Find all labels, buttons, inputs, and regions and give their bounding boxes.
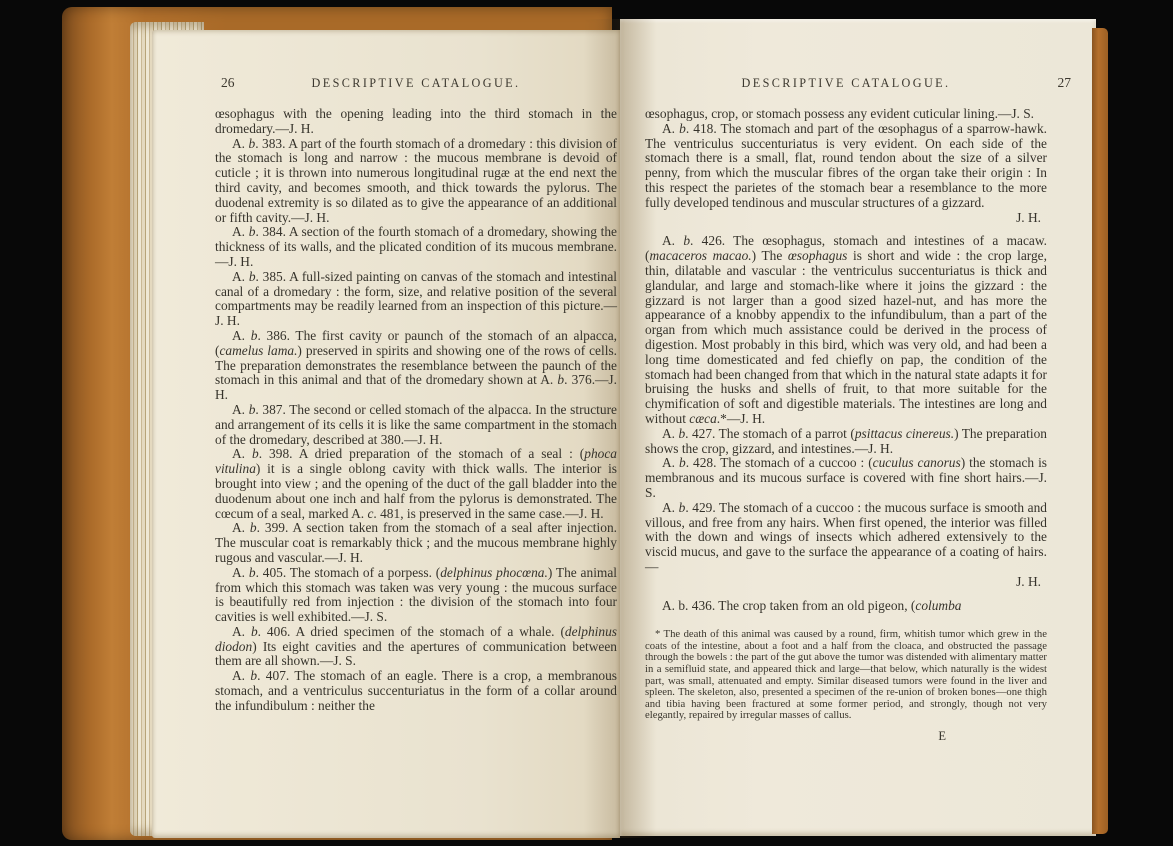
paragraph: A. b. 426. The œsophagus, stomach and in… xyxy=(645,234,1047,426)
paragraph: A. b. 418. The stomach and part of the œ… xyxy=(645,122,1047,226)
footnote: * The death of this animal was caused by… xyxy=(645,629,1047,722)
left-page-body: œsophagus with the opening leading into … xyxy=(215,107,617,714)
paragraph: A. b. 384. A section of the fourth stoma… xyxy=(215,225,617,269)
paragraph: A. b. 428. The stomach of a cuccoo : (cu… xyxy=(645,456,1047,500)
left-page-text: 26 DESCRIPTIVE CATALOGUE. œsophagus with… xyxy=(215,76,617,714)
page-number: 26 xyxy=(221,76,235,91)
running-header: DESCRIPTIVE CATALOGUE. xyxy=(215,76,617,91)
paragraph: A. b. 406. A dried specimen of the stoma… xyxy=(215,625,617,669)
paragraph: A. b. 385. A full-sized painting on canv… xyxy=(215,270,617,329)
right-page-body: œsophagus, crop, or stomach possess any … xyxy=(645,107,1047,613)
paragraph: A. b. 405. The stomach of a porpess. (de… xyxy=(215,566,617,625)
paragraph: A. b. 386. The first cavity or paunch of… xyxy=(215,329,617,403)
running-header: DESCRIPTIVE CATALOGUE. xyxy=(645,76,1047,91)
paragraph: A. b. 383. A part of the fourth stomach … xyxy=(215,137,617,226)
right-page-text: DESCRIPTIVE CATALOGUE. 27 œsophagus, cro… xyxy=(645,76,1047,744)
signature-mark: E xyxy=(645,729,1047,744)
paragraph: A. b. 407. The stomach of an eagle. Ther… xyxy=(215,669,617,713)
paragraph: œsophagus, crop, or stomach possess any … xyxy=(645,107,1047,122)
left-page-header: 26 DESCRIPTIVE CATALOGUE. xyxy=(215,76,617,92)
book-photo: 26 DESCRIPTIVE CATALOGUE. œsophagus with… xyxy=(0,0,1173,846)
paragraph: A. b. 398. A dried preparation of the st… xyxy=(215,447,617,521)
paragraph: A. b. 387. The second or celled stomach … xyxy=(215,403,617,447)
paragraph: œsophagus with the opening leading into … xyxy=(215,107,617,137)
right-page-header: DESCRIPTIVE CATALOGUE. 27 xyxy=(645,76,1047,92)
book-cover-right-edge xyxy=(1092,28,1108,834)
page-number: 27 xyxy=(1058,76,1072,91)
paragraph: A. b. 399. A section taken from the stom… xyxy=(215,521,617,565)
paragraph: A. b. 436. The crop taken from an old pi… xyxy=(645,599,1047,614)
paragraph: A. b. 429. The stomach of a cuccoo : the… xyxy=(645,501,1047,590)
paragraph: A. b. 427. The stomach of a parrot (psit… xyxy=(645,427,1047,457)
